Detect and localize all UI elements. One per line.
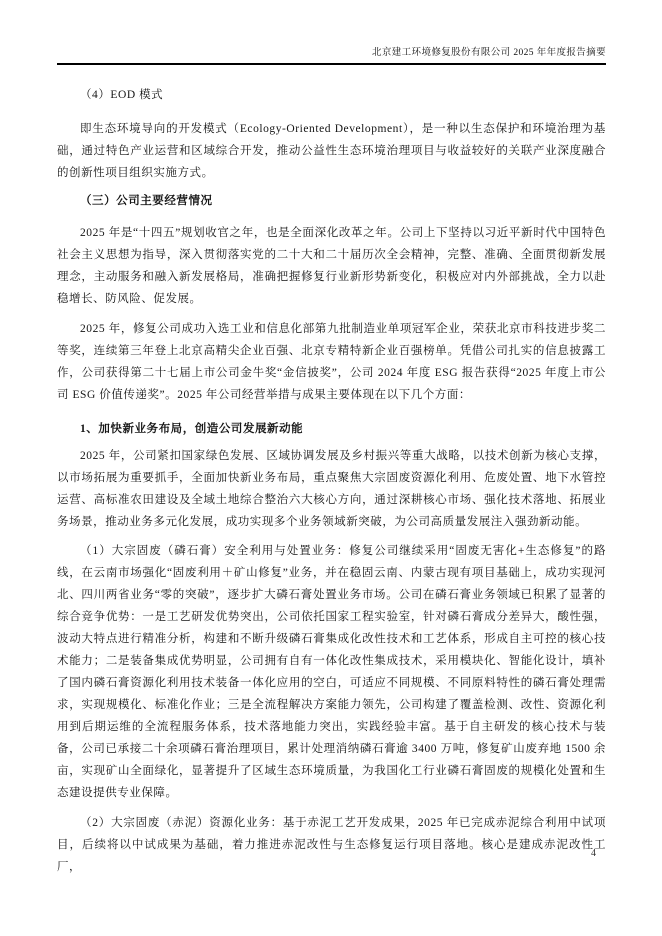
section-heading-main-operations: （三）公司主要经营情况 [57,190,606,212]
document-body: （4）EOD 模式 即生态环境导向的开发模式（Ecology-Oriented … [57,84,606,878]
paragraph-eod-definition: 即生态环境导向的开发模式（Ecology-Oriented Developmen… [57,118,606,184]
running-header: 北京建工环境修复股份有限公司 2025 年年度报告摘要 [57,44,606,58]
subsection-heading-new-business: 1、加快新业务布局，创造公司发展新动能 [57,418,606,440]
paragraph-red-mud-business: （2）大宗固废（赤泥）资源化业务：基于赤泥工艺开发成果，2025 年已完成赤泥综… [57,812,606,878]
section-label-eod-mode: （4）EOD 模式 [57,84,606,106]
paragraph-2025-overview: 2025 年是“十四五”规划收官之年，也是全面深化改革之年。公司上下坚持以习近平… [57,222,606,310]
header-divider-rule [57,63,606,65]
paragraph-phosphogypsum-business: （1）大宗固废（磷石膏）安全利用与处置业务：修复公司继续采用“固废无害化+生态修… [57,540,606,804]
report-page: 北京建工环境修复股份有限公司 2025 年年度报告摘要 （4）EOD 模式 即生… [0,0,662,936]
page-number: 4 [591,848,596,859]
paragraph-new-business-layout: 2025 年，公司紧扣国家绿色发展、区域协调发展及乡村振兴等重大战略，以技术创新… [57,445,606,533]
paragraph-awards-honors: 2025 年，修复公司成功入选工业和信息化部第九批制造业单项冠军企业，荣获北京市… [57,318,606,406]
